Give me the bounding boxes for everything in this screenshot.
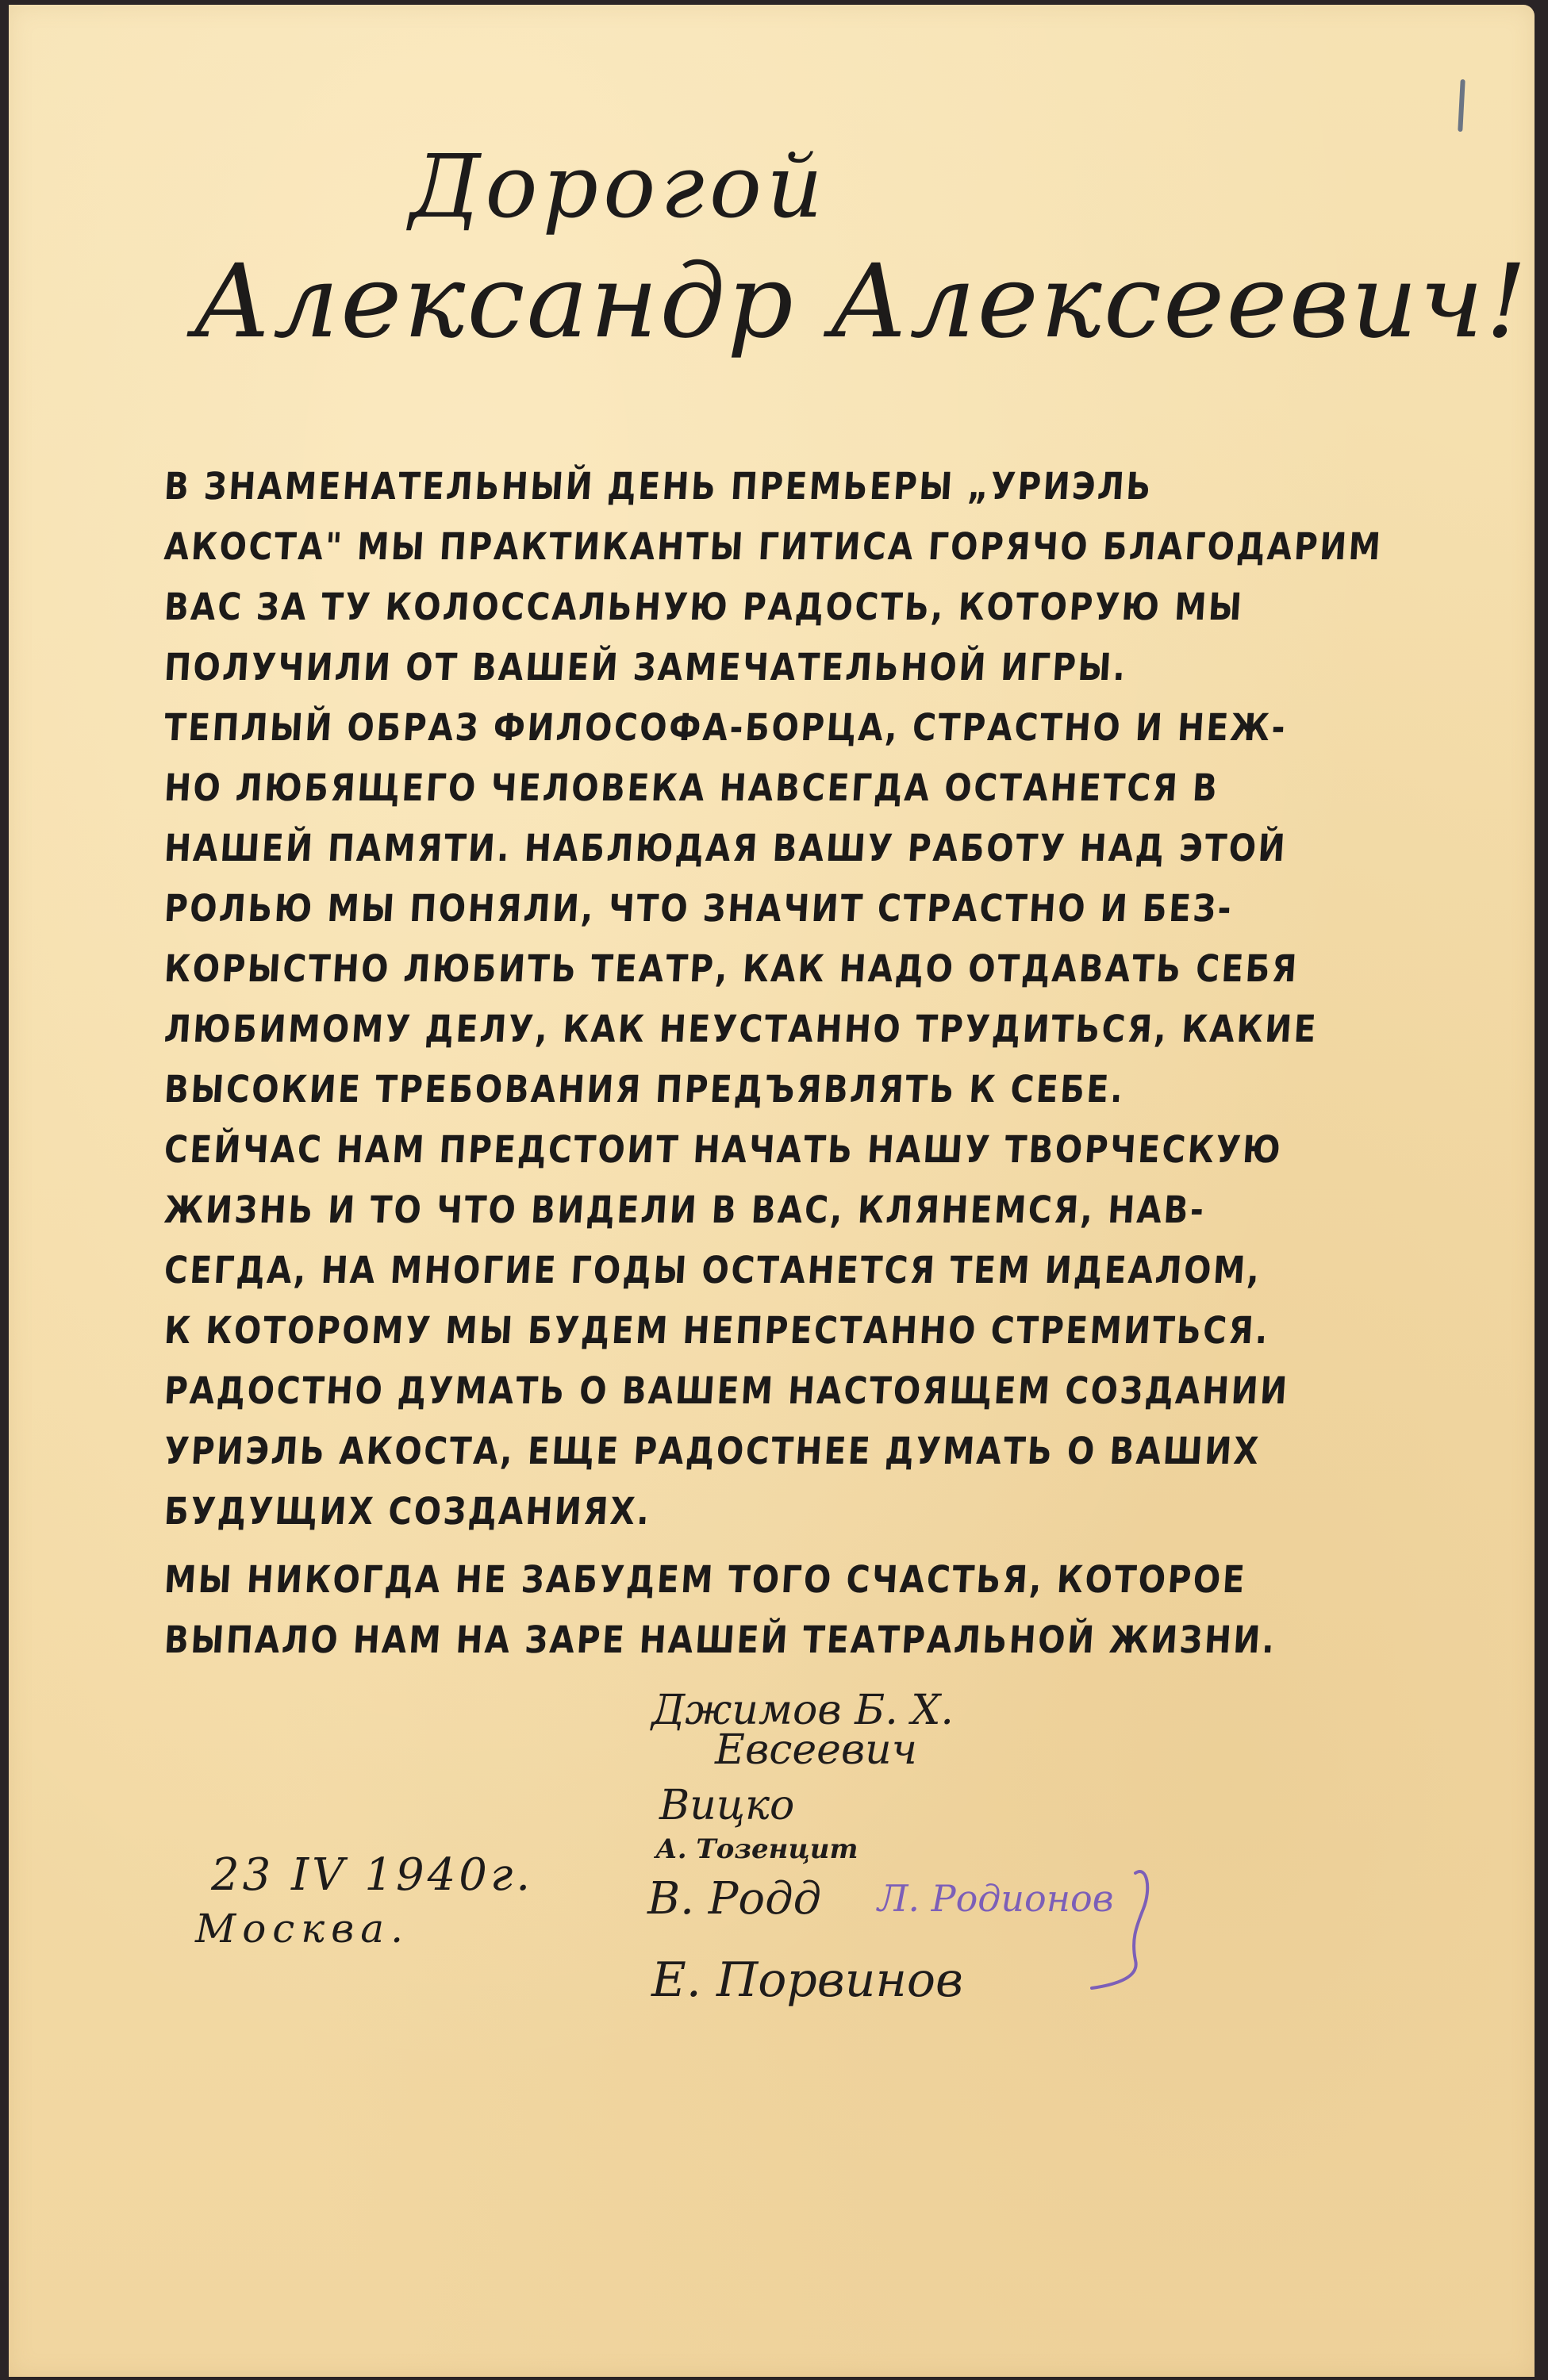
body-line: Вас за ту колоссальную радость, которую …	[163, 578, 1258, 638]
body-line: Мы никогда не забудем того счастья, кото…	[163, 1550, 1258, 1610]
letter-page: 1 Дорогой Александр Алексеевич! В знамен…	[9, 5, 1535, 2377]
body-line: Радостно думать о Вашем настоящем создан…	[163, 1361, 1258, 1422]
violet-signature: Л. Родионов	[878, 1877, 1114, 1920]
body-line: Теплый образ философа-борца, страстно и …	[163, 698, 1258, 758]
signature: Вицко	[659, 1782, 794, 1829]
body-line: но любящего человека навсегда останется …	[163, 758, 1258, 819]
letter-date: 23 IV 1940г.	[211, 1849, 533, 1901]
body-line: сегда, на многие годы останется тем идеа…	[163, 1241, 1258, 1301]
body-line: выпало нам на заре нашей театральной жиз…	[163, 1610, 1258, 1671]
body-line: будущих созданиях.	[163, 1482, 1258, 1542]
body-line: Сейчас нам предстоит начать нашу творчес…	[163, 1120, 1258, 1180]
body-line: получили от Вашей замечательной игры.	[163, 638, 1258, 698]
letter-body: В знаменательный день премьеры „Уриэль А…	[164, 457, 1434, 1671]
body-line: высокие требования предъявлять к себе.	[163, 1060, 1258, 1120]
body-line: жизнь и то что видели в Вас, клянемся, н…	[163, 1180, 1258, 1241]
body-line: ролью мы поняли, что значит страстно и б…	[163, 879, 1258, 939]
salutation-dear: Дорогой	[409, 136, 828, 237]
signature: Евсеевич	[715, 1726, 917, 1774]
page-number-mark: 1	[1458, 79, 1465, 132]
body-line: к которому мы будем непрестанно стремить…	[163, 1301, 1258, 1361]
body-line: В знаменательный день премьеры „Уриэль	[163, 457, 1258, 517]
body-line: корыстно любить театр, как надо отдавать…	[163, 939, 1258, 1000]
signature-flourish-icon	[1088, 1865, 1183, 1992]
body-line: любимому делу, как неустанно трудиться, …	[163, 1000, 1258, 1060]
body-line: нашей памяти. Наблюдая Вашу работу над э…	[163, 819, 1258, 879]
letter-city: Москва.	[195, 1906, 533, 1952]
body-line: Акоста" мы практиканты ГИТИСа горячо бла…	[163, 517, 1258, 578]
date-place-block: 23 IV 1940г. Москва.	[211, 1849, 533, 1952]
signature: А. Тозенцит	[655, 1833, 858, 1865]
signature: Е. Порвинов	[651, 1952, 963, 2008]
signature: В. Родд	[647, 1873, 821, 1925]
salutation-name: Александр Алексеевич!	[193, 243, 1529, 361]
body-line: Уриэль Акоста, еще радостнее думать о Ва…	[163, 1422, 1258, 1482]
